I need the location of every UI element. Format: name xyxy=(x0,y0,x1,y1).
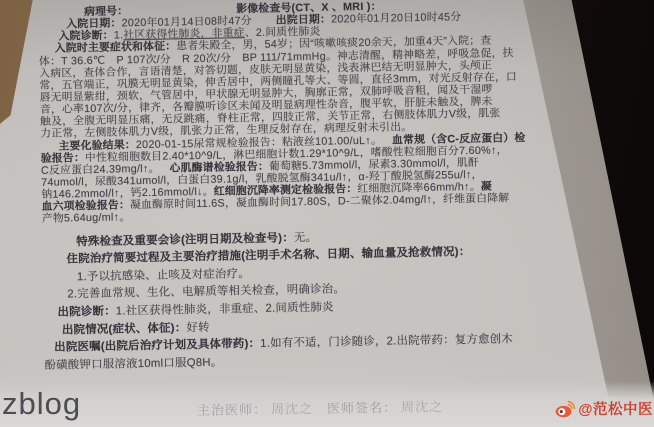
attending-physician: 主治医师：周沈之 xyxy=(197,398,313,419)
document-text-segment: 2020年01月20日10时45分 xyxy=(331,11,461,25)
weibo-handle: @范松中医 xyxy=(578,398,653,419)
document-text-segment: 出院诊断： xyxy=(57,305,115,318)
physician-signature: 医师签名：周沈之 xyxy=(327,396,443,417)
attending-physician-label: 主治医师： xyxy=(197,402,267,418)
physician-signature-name: 周沈之 xyxy=(401,399,443,415)
document-text-segment: 酚磺酸钾口服溶液10ml口服Q8H。 xyxy=(44,356,222,371)
zblog-watermark: zblog xyxy=(2,387,81,421)
document-text-segment: 病理号： xyxy=(84,5,128,18)
document-text-segment: 1.予以抗感染、止咳及对症治疗。 xyxy=(77,268,250,283)
document-text-segment: 特殊检查及重要会诊(注明日期及检查号)： xyxy=(76,232,294,248)
attending-physician-name: 周沈之 xyxy=(271,401,313,417)
document-text-segment: 出院医嘱(出院后治疗计划及具体带药)： xyxy=(54,338,260,354)
photo-discharge-record: 病理号：影像检查号(CT、X 、MRI )：入院日期：2020年01月14日08… xyxy=(0,0,654,427)
document-text-segment: 出院日期： xyxy=(276,14,331,27)
document-text-segment: 好转 xyxy=(186,321,210,333)
document-text-segment: 1. xyxy=(114,30,124,42)
document-text-segment: 出院情况(症状、体征)： xyxy=(62,322,187,336)
document-text-segment: 无。 xyxy=(294,231,318,243)
document-text-segment: 凝 xyxy=(481,181,492,193)
document-text-segment: 1.如有不适，门诊随诊，2.出院带药：复方愈创木 xyxy=(260,333,513,350)
physician-signature-label: 医师签名： xyxy=(327,400,397,416)
document-text-segment: 1.社区获得性肺炎，非重症、2.间质性肺炎 xyxy=(116,301,334,317)
document-text-segment: 2.完善血常规、生化、电解质等相关检查，明确诊治。 xyxy=(67,284,345,301)
document-lines: 病理号：影像检查号(CT、X 、MRI )：入院日期：2020年01月14日08… xyxy=(34,0,633,375)
document-text-segment: 验报告： xyxy=(41,152,85,165)
weibo-watermark: @范松中医 xyxy=(555,398,653,419)
discharge-document: 病理号：影像检查号(CT、X 、MRI )：入院日期：2020年01月14日08… xyxy=(34,0,633,375)
document-text-segment: 产物5.64ug/ml↑。 xyxy=(42,212,131,226)
weibo-icon xyxy=(555,400,576,418)
